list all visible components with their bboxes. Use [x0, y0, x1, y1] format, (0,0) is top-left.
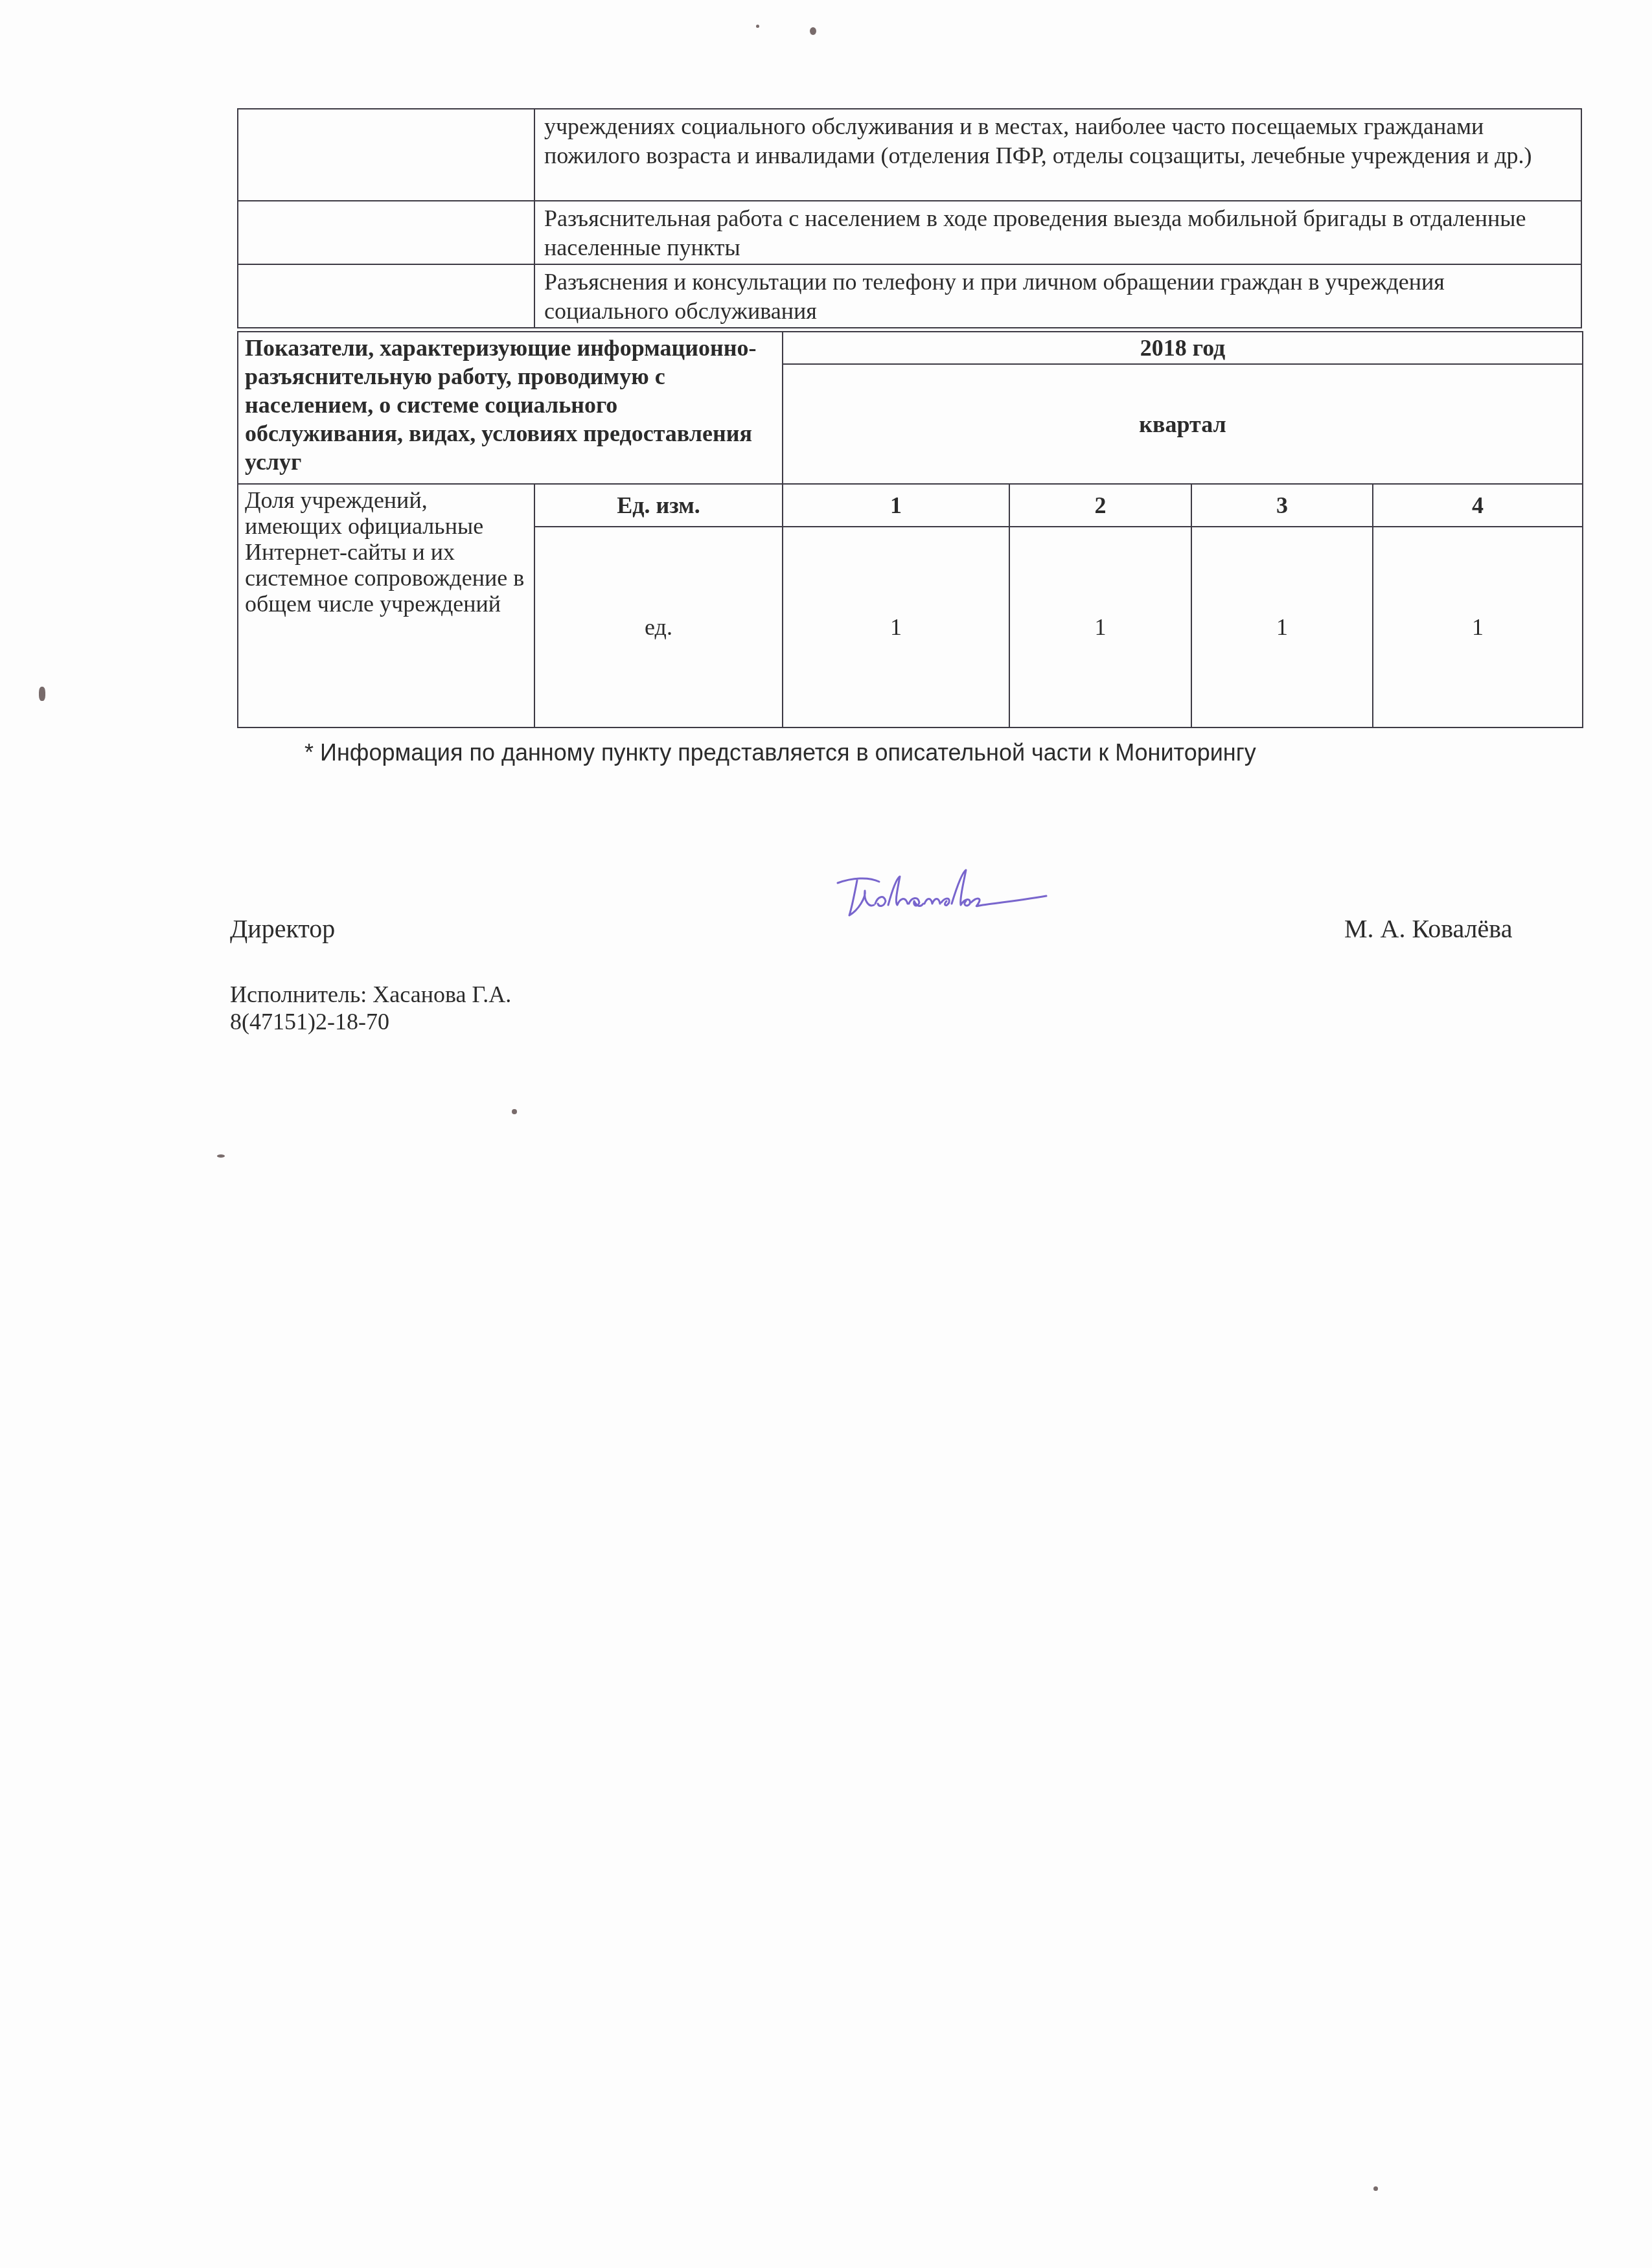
- activity-cell: учреждениях социального обслуживания и в…: [534, 109, 1581, 201]
- scan-speck: [512, 1109, 517, 1114]
- indicator-name: Доля учреждений, имеющих официальные Инт…: [238, 484, 534, 727]
- empty-cell: [238, 264, 534, 328]
- value-cell: 1: [1191, 527, 1373, 727]
- quarter-header: 2: [1009, 484, 1191, 527]
- value-cell: 1: [1373, 527, 1583, 727]
- table-row: Разъяснения и консультации по телефону и…: [238, 264, 1581, 328]
- table-row: учреждениях социального обслуживания и в…: [238, 109, 1581, 201]
- scan-speck: [217, 1154, 225, 1158]
- indicator-group-header: Показатели, характеризующие информационн…: [238, 332, 783, 484]
- footnote: * Информация по данному пункту представл…: [304, 739, 1256, 767]
- scan-speck: [1373, 2186, 1378, 2191]
- quarter-header: 1: [783, 484, 1009, 527]
- value-cell: 1: [783, 527, 1009, 727]
- indicator-table: Показатели, характеризующие информационн…: [237, 331, 1583, 728]
- executor-name: Исполнитель: Хасанова Г.А.: [230, 981, 511, 1007]
- handwritten-signature-icon: [832, 865, 1053, 930]
- activity-cell: Разъяснения и консультации по телефону и…: [534, 264, 1581, 328]
- value-cell: 1: [1009, 527, 1191, 727]
- table-row: Доля учреждений, имеющих официальные Инт…: [238, 484, 1583, 527]
- document-page: учреждениях социального обслуживания и в…: [0, 0, 1652, 2268]
- scan-speck: [39, 687, 45, 701]
- year-header: 2018 год: [783, 332, 1583, 364]
- empty-cell: [238, 201, 534, 264]
- quarter-header: 3: [1191, 484, 1373, 527]
- table-row: Разъяснительная работа с населением в хо…: [238, 201, 1581, 264]
- empty-cell: [238, 109, 534, 201]
- scan-speck: [756, 25, 759, 28]
- activity-cell: Разъяснительная работа с населением в хо…: [534, 201, 1581, 264]
- activities-table: учреждениях социального обслуживания и в…: [237, 108, 1582, 328]
- executor-phone: 8(47151)2-18-70: [230, 1009, 389, 1035]
- unit-cell: ед.: [534, 527, 783, 727]
- period-header: квартал: [783, 364, 1583, 484]
- signatory-name: М. А. Ковалёва: [1344, 913, 1512, 944]
- quarter-header: 4: [1373, 484, 1583, 527]
- table-header-row: Показатели, характеризующие информационн…: [238, 332, 1583, 364]
- unit-header: Ед. изм.: [534, 484, 783, 527]
- signatory-title: Директор: [230, 913, 335, 944]
- scan-speck: [810, 27, 816, 35]
